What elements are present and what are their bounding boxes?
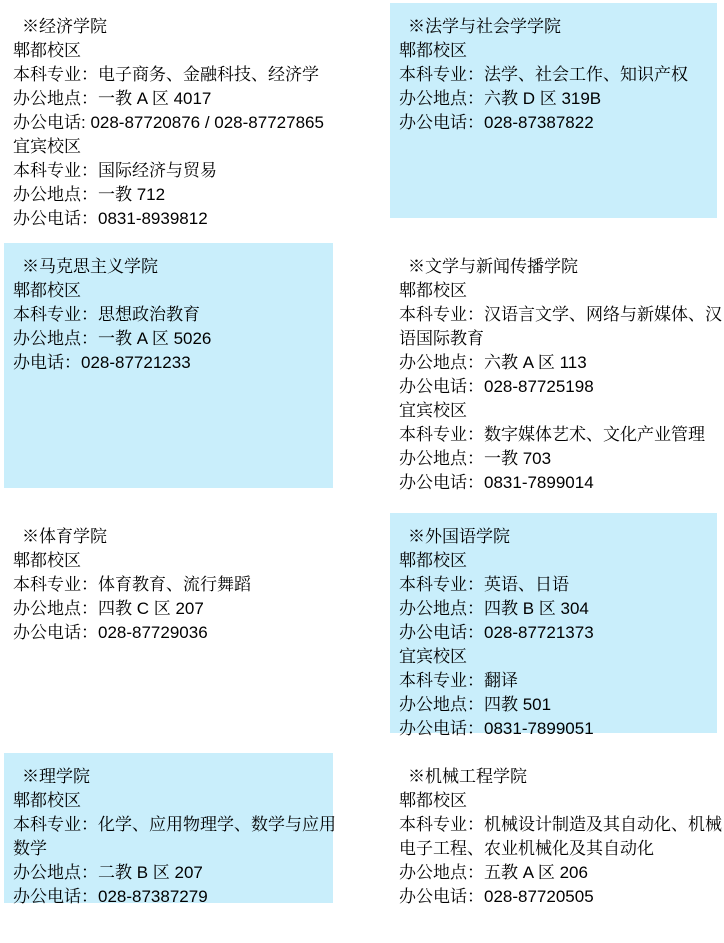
info-line: 办公电话：028-87387822 bbox=[399, 111, 717, 135]
info-line: 办公地点：二教 B 区 207 bbox=[13, 861, 333, 885]
info-line: 本科专业：国际经济与贸易 bbox=[13, 159, 333, 183]
college-card: ※外国语学院 郫都校区本科专业：英语、日语办公地点：四教 B 区 304办公电话… bbox=[390, 513, 717, 733]
info-line: 郫都校区 bbox=[399, 279, 717, 303]
info-line: 宜宾校区 bbox=[399, 645, 717, 669]
college-name: ※体育学院 bbox=[13, 525, 333, 549]
info-line: 数学 bbox=[13, 837, 333, 861]
college-name: ※机械工程学院 bbox=[399, 765, 717, 789]
info-line: 办公地点：一教 712 bbox=[13, 183, 333, 207]
info-line: 本科专业：电子商务、金融科技、经济学 bbox=[13, 63, 333, 87]
info-line: 办公电话：028-87387279 bbox=[13, 885, 333, 909]
info-line: 办公地点：一教 A 区 5026 bbox=[13, 327, 333, 351]
info-line: 宜宾校区 bbox=[13, 135, 333, 159]
info-line: 郫都校区 bbox=[13, 549, 333, 573]
info-line: 办公电话：028-87729036 bbox=[13, 621, 333, 645]
college-card: ※法学与社会学学院 郫都校区本科专业：法学、社会工作、知识产权办公地点：六教 D… bbox=[390, 3, 717, 218]
info-line: 办公地点：一教 703 bbox=[399, 447, 717, 471]
college-name: ※马克思主义学院 bbox=[13, 255, 333, 279]
college-name: ※文学与新闻传播学院 bbox=[399, 255, 717, 279]
info-line: 郫都校区 bbox=[399, 39, 717, 63]
info-line: 办电话：028-87721233 bbox=[13, 351, 333, 375]
info-line: 办公电话：0831-8939812 bbox=[13, 207, 333, 231]
info-line: 郫都校区 bbox=[13, 789, 333, 813]
info-line: 办公电话：028-87721373 bbox=[399, 621, 717, 645]
college-card: ※马克思主义学院 郫都校区本科专业：思想政治教育办公地点：一教 A 区 5026… bbox=[4, 243, 333, 488]
info-line: 本科专业：数字媒体艺术、文化产业管理 bbox=[399, 423, 717, 447]
info-line: 本科专业：体育教育、流行舞蹈 bbox=[13, 573, 333, 597]
college-name: ※法学与社会学学院 bbox=[399, 15, 717, 39]
college-card: ※理学院 郫都校区本科专业：化学、应用物理学、数学与应用数学办公地点：二教 B … bbox=[4, 753, 333, 903]
info-line: 电子工程、农业机械化及其自动化 bbox=[399, 837, 717, 861]
info-line: 本科专业：英语、日语 bbox=[399, 573, 717, 597]
info-line: 本科专业：汉语言文学、网络与新媒体、汉 bbox=[399, 303, 717, 327]
college-name: ※经济学院 bbox=[13, 15, 333, 39]
info-line: 本科专业：法学、社会工作、知识产权 bbox=[399, 63, 717, 87]
info-line: 办公地点：一教 A 区 4017 bbox=[13, 87, 333, 111]
directory-row: ※经济学院 郫都校区本科专业：电子商务、金融科技、经济学办公地点：一教 A 区 … bbox=[4, 3, 724, 218]
directory-row: ※体育学院 郫都校区本科专业：体育教育、流行舞蹈办公地点：四教 C 区 207办… bbox=[4, 513, 724, 733]
info-line: 本科专业：化学、应用物理学、数学与应用 bbox=[13, 813, 333, 837]
info-line: 语国际教育 bbox=[399, 327, 717, 351]
college-card: ※体育学院 郫都校区本科专业：体育教育、流行舞蹈办公地点：四教 C 区 207办… bbox=[4, 513, 333, 733]
info-line: 办公电话: 028-87720876 / 028-87727865 bbox=[13, 111, 333, 135]
info-line: 办公地点：六教 D 区 319B bbox=[399, 87, 717, 111]
info-line: 办公地点：四教 B 区 304 bbox=[399, 597, 717, 621]
info-line: 办公地点：四教 501 bbox=[399, 693, 717, 717]
info-line: 郫都校区 bbox=[399, 789, 717, 813]
info-line: 本科专业：机械设计制造及其自动化、机械 bbox=[399, 813, 717, 837]
college-card: ※文学与新闻传播学院 郫都校区本科专业：汉语言文学、网络与新媒体、汉语国际教育办… bbox=[390, 243, 717, 488]
directory-row: ※马克思主义学院 郫都校区本科专业：思想政治教育办公地点：一教 A 区 5026… bbox=[4, 243, 724, 488]
info-line: 办公电话：0831-7899051 bbox=[399, 717, 717, 741]
info-line: 郫都校区 bbox=[399, 549, 717, 573]
college-directory: ※经济学院 郫都校区本科专业：电子商务、金融科技、经济学办公地点：一教 A 区 … bbox=[0, 0, 724, 943]
college-name: ※理学院 bbox=[13, 765, 333, 789]
info-line: 办公电话：028-87725198 bbox=[399, 375, 717, 399]
info-line: 办公电话：028-87720505 bbox=[399, 885, 717, 909]
info-line: 办公地点：六教 A 区 113 bbox=[399, 351, 717, 375]
info-line: 宜宾校区 bbox=[399, 399, 717, 423]
college-card: ※机械工程学院 郫都校区本科专业：机械设计制造及其自动化、机械电子工程、农业机械… bbox=[390, 753, 717, 903]
info-line: 办公电话：0831-7899014 bbox=[399, 471, 717, 495]
info-line: 郫都校区 bbox=[13, 279, 333, 303]
directory-row: ※理学院 郫都校区本科专业：化学、应用物理学、数学与应用数学办公地点：二教 B … bbox=[4, 753, 724, 903]
info-line: 本科专业：思想政治教育 bbox=[13, 303, 333, 327]
info-line: 本科专业：翻译 bbox=[399, 669, 717, 693]
info-line: 办公地点：四教 C 区 207 bbox=[13, 597, 333, 621]
info-line: 办公地点：五教 A 区 206 bbox=[399, 861, 717, 885]
college-card: ※经济学院 郫都校区本科专业：电子商务、金融科技、经济学办公地点：一教 A 区 … bbox=[4, 3, 333, 218]
college-name: ※外国语学院 bbox=[399, 525, 717, 549]
info-line: 郫都校区 bbox=[13, 39, 333, 63]
